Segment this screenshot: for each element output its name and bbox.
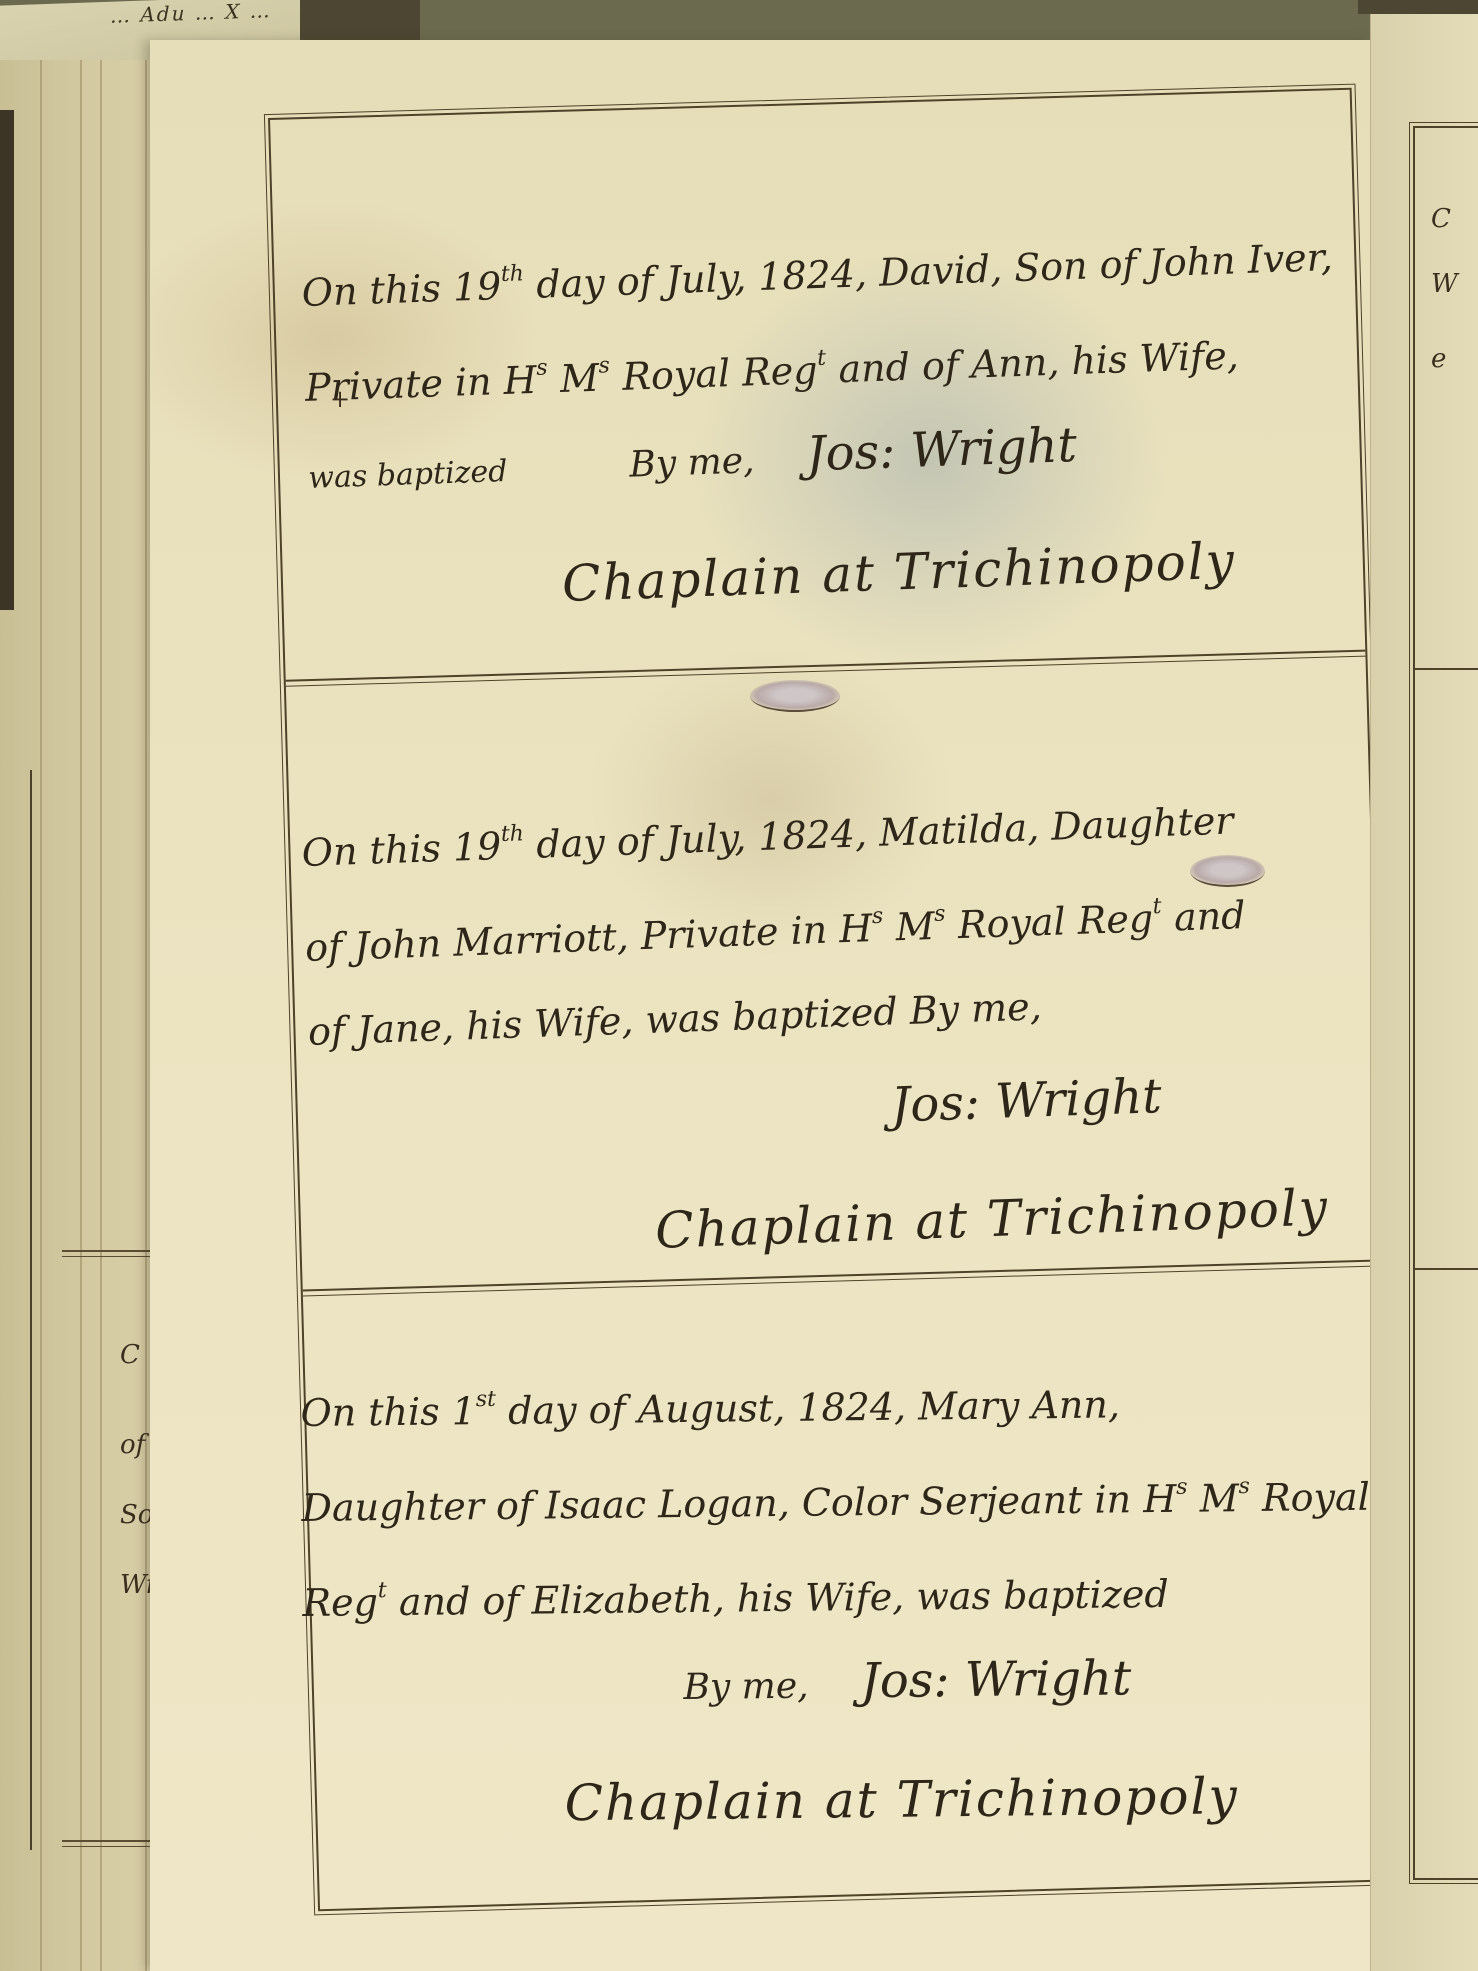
- paper-damage-hole: [750, 680, 840, 712]
- adjacent-page-text-fragment: W: [1431, 269, 1458, 299]
- chaplain-signature: Jos: Wright: [805, 417, 1077, 482]
- chaplain-signature: Jos: Wright: [860, 1650, 1131, 1709]
- book-cover-edge: [1358, 0, 1478, 14]
- adjacent-page-text-fragment: C: [1431, 204, 1451, 234]
- adjacent-page-divider: [1415, 1268, 1478, 1270]
- chaplain-title: Chaplain at Trichinopoly: [654, 1178, 1330, 1259]
- by-me-text: By me,: [683, 1666, 809, 1708]
- adjacent-page-divider: [1415, 668, 1478, 670]
- entry-line: Regt and of Elizabeth, his Wife, was bap…: [302, 1539, 1343, 1645]
- baptism-entry-2: On this 19th day of July, 1824, Matilda,…: [300, 764, 1356, 1289]
- baptism-entry-3: On this 1st day of August, 1824, Mary An…: [300, 1349, 1345, 1852]
- scrap-handwriting: … Adu … X …: [110, 0, 310, 28]
- entry-line: Daughter of Isaac Logan, Color Serjeant …: [301, 1444, 1342, 1550]
- margin-mark: +: [330, 385, 350, 413]
- previous-page-text-fragment: of: [120, 1430, 145, 1460]
- chaplain-title-line: Chaplain at Trichinopoly: [304, 1753, 1345, 1852]
- adjacent-page-right: C W e: [1370, 14, 1478, 1971]
- chaplain-signature: Jos: Wright: [890, 1068, 1162, 1133]
- chaplain-title: Chaplain at Trichinopoly: [564, 1767, 1239, 1832]
- previous-page-text-fragment: C: [120, 1340, 140, 1370]
- register-page: On this 19th day of July, 1824, David, S…: [150, 40, 1370, 1971]
- entry-line: On this 1st day of August, 1824, Mary An…: [300, 1349, 1341, 1455]
- photo-scene: … Adu … X … C of So Wr On this 19th day …: [0, 0, 1478, 1971]
- book-spine-shadow: [0, 110, 14, 610]
- adjacent-page-frame: [1413, 126, 1478, 1880]
- entry-divider: [286, 650, 1366, 687]
- previous-page-text-fragment: So: [120, 1500, 153, 1530]
- baptism-entry-1: On this 19th day of July, 1824, David, S…: [300, 204, 1353, 639]
- adjacent-page-text-fragment: e: [1431, 344, 1446, 374]
- chaplain-title: Chaplain at Trichinopoly: [561, 532, 1237, 613]
- signature-line: By me, Jos: Wright: [303, 1634, 1344, 1734]
- by-me-text: By me,: [629, 440, 755, 485]
